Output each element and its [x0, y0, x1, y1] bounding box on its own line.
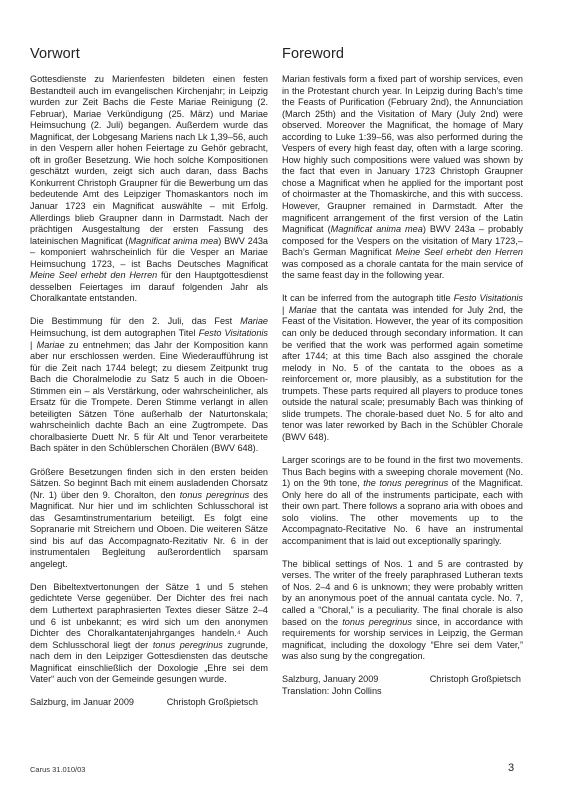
- german-paragraph-2: Die Bestimmung für den 2. Juli, das Fest…: [30, 316, 268, 455]
- english-author: Christoph Großpietsch: [430, 674, 521, 686]
- english-paragraph-1: Marian festivals form a fixed part of wo…: [282, 74, 523, 282]
- german-author: Christoph Großpietsch: [167, 697, 258, 709]
- german-signature: Salzburg, im Januar 2009 Christoph Großp…: [30, 697, 268, 709]
- english-paragraph-4: The biblical settings of Nos. 1 and 5 ar…: [282, 559, 523, 663]
- translation-credit: Translation: John Collins: [282, 686, 523, 698]
- english-paragraph-3: Larger scorings are to be found in the f…: [282, 455, 523, 547]
- german-place-date: Salzburg, im Januar 2009: [30, 697, 134, 709]
- catalog-code: Carus 31.010/03: [30, 765, 85, 774]
- german-paragraph-1: Gottesdienste zu Marienfesten bildeten e…: [30, 74, 268, 305]
- english-signature: Salzburg, January 2009 Christoph Großpie…: [282, 674, 523, 697]
- german-paragraph-4: Den Bibeltextvertonungen der Sätze 1 und…: [30, 582, 268, 686]
- english-place-date: Salzburg, January 2009: [282, 674, 378, 686]
- german-title: Vorwort: [30, 46, 268, 62]
- german-paragraph-3: Größere Besetzungen finden sich in den e…: [30, 467, 268, 571]
- english-title: Foreword: [282, 46, 523, 62]
- english-paragraph-2: It can be inferred from the autograph ti…: [282, 293, 523, 443]
- german-column: Vorwort Gottesdienste zu Marienfesten bi…: [30, 46, 268, 709]
- page-number: 3: [508, 762, 514, 774]
- english-column: Foreword Marian festivals form a fixed p…: [282, 46, 523, 697]
